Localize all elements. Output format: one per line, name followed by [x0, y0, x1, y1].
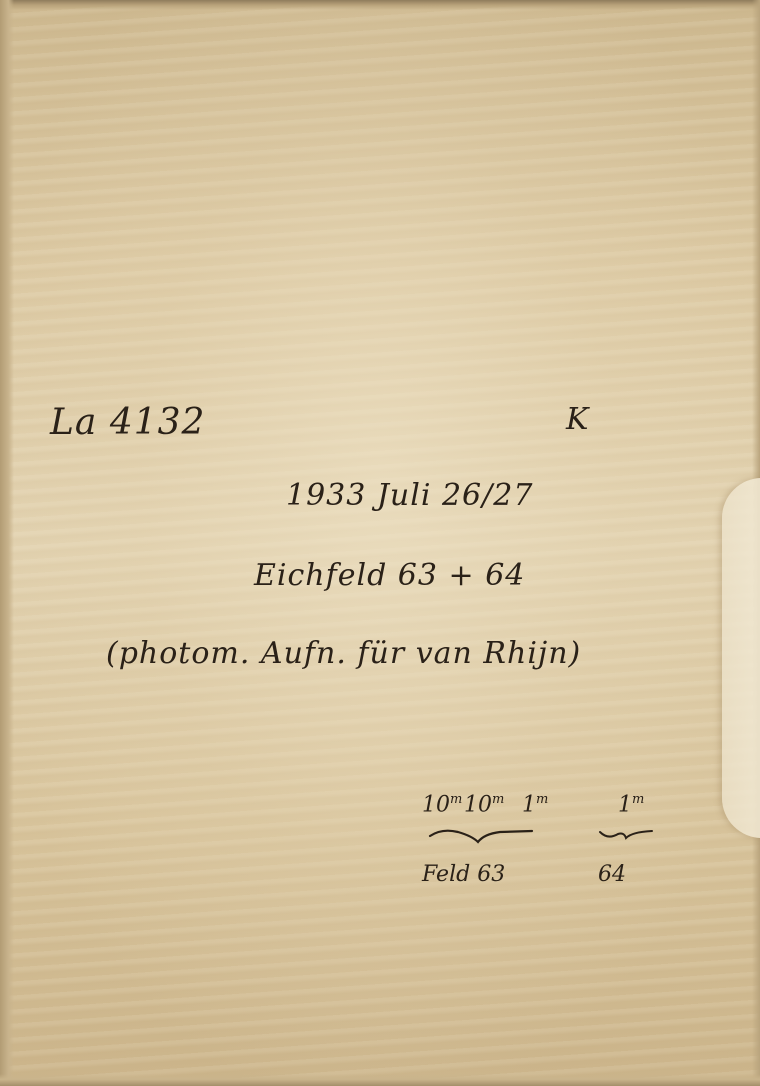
- top-edge: [0, 0, 760, 10]
- bottom-edge: [0, 1074, 760, 1086]
- catalog-number: La 4132: [50, 402, 205, 443]
- left-edge: [0, 0, 14, 1086]
- exposure-item: 10m: [464, 792, 504, 817]
- field-designation: Eichfeld 63 + 64: [254, 558, 525, 593]
- field-64-label: 64: [598, 862, 626, 887]
- exposure-item: 10m: [422, 792, 462, 817]
- observation-date: 1933 Juli 26/27: [286, 478, 533, 513]
- brace-field-64-icon: [598, 826, 654, 844]
- exposure-item: 1m: [618, 792, 644, 817]
- envelope-sheet: La 4132 K 1933 Juli 26/27 Eichfeld 63 + …: [0, 0, 760, 1086]
- corner-mark: K: [566, 402, 589, 437]
- thumb-cutout: [722, 478, 760, 838]
- purpose-note: (photom. Aufn. für van Rhijn): [106, 636, 581, 671]
- exposure-item: 1m: [522, 792, 548, 817]
- brace-field-63-icon: [428, 826, 534, 844]
- field-63-label: Feld 63: [422, 862, 505, 887]
